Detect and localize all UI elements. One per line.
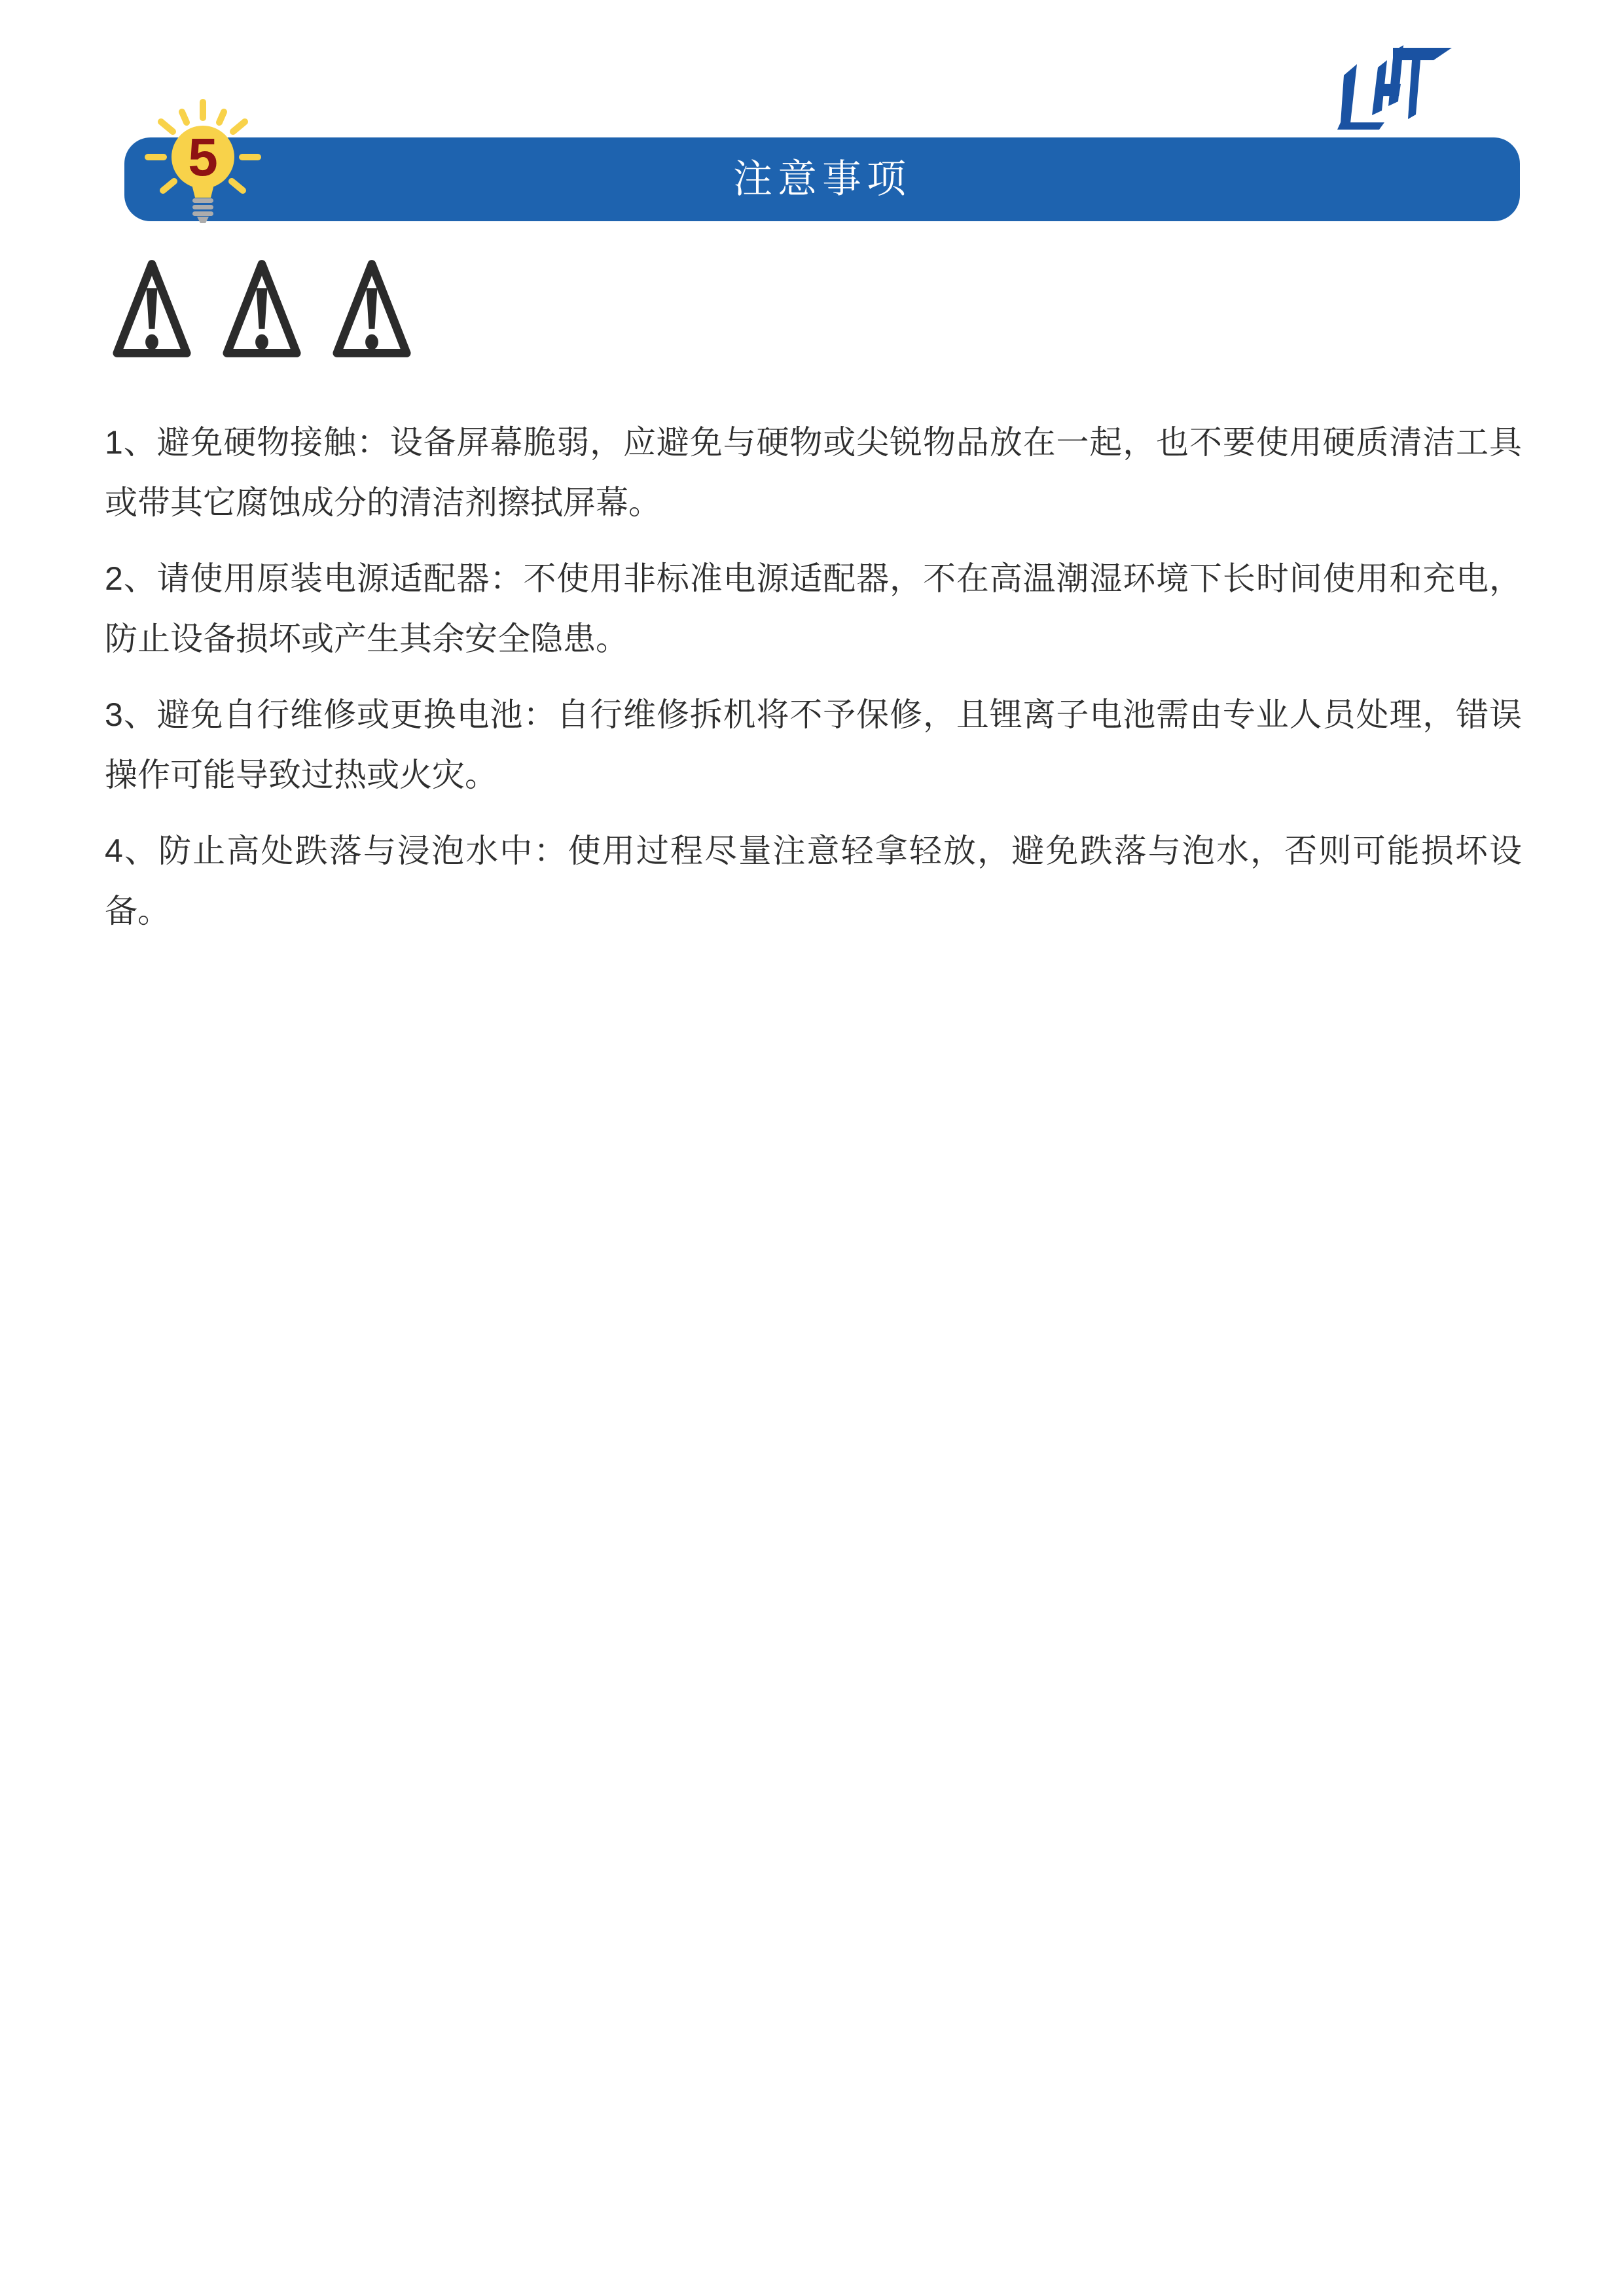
precaution-item-3: 3、避免自行维修或更换电池：自行维修拆机将不予保修，且锂离子电池需由专业人员处理…: [105, 685, 1522, 805]
warning-triangle-icon: [221, 255, 302, 367]
precaution-item-4: 4、防止高处跌落与浸泡水中：使用过程尽量注意轻拿轻放，避免跌落与泡水，否则可能损…: [105, 821, 1522, 941]
section-header-bar: 注意事项: [124, 137, 1520, 221]
precaution-item-1: 1、避免硬物接触：设备屏幕脆弱，应避免与硬物或尖锐物品放在一起，也不要使用硬质清…: [105, 412, 1522, 533]
warning-icons-row: [111, 255, 412, 367]
precautions-text-block: 1、避免硬物接触：设备屏幕脆弱，应避免与硬物或尖锐物品放在一起，也不要使用硬质清…: [105, 412, 1522, 957]
warning-triangle-icon: [111, 255, 192, 367]
section-number-badge: 5: [188, 128, 218, 187]
warning-triangle-icon: [331, 255, 412, 367]
manual-page: 注意事项 5: [0, 0, 1624, 2296]
precaution-item-2: 2、请使用原装电源适配器：不使用非标准电源适配器，不在高温潮湿环境下长时间使用和…: [105, 548, 1522, 669]
lightbulb-icon: 5: [134, 98, 272, 226]
section-title: 注意事项: [124, 137, 1520, 221]
company-logo-icon: [1329, 29, 1460, 134]
